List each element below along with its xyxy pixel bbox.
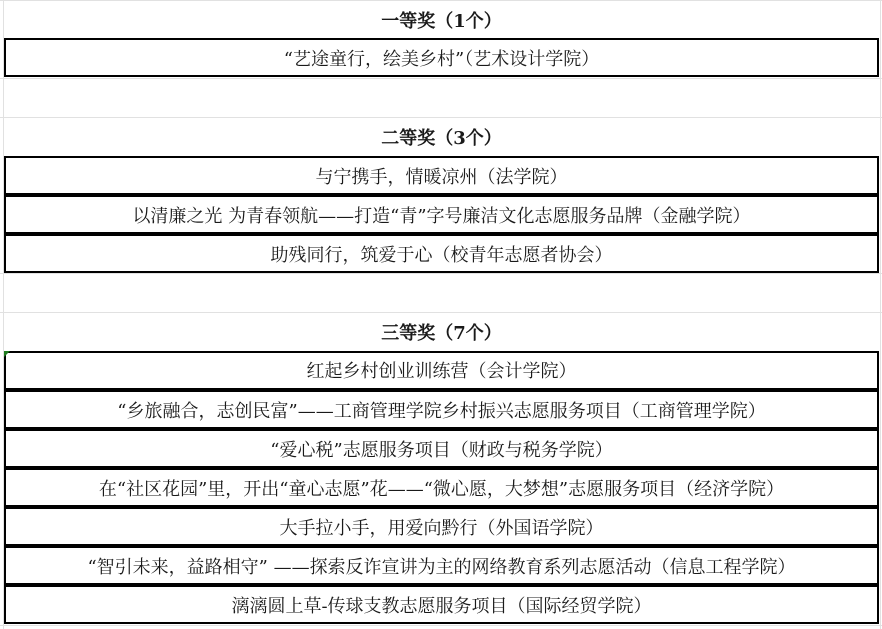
award-entry-text: “乡旅融合，志创民富”——工商管理学院乡村振兴志愿服务项目（工商管理学院） <box>117 397 765 423</box>
section-title-first-prize[interactable]: 一等奖（1个） <box>4 0 879 39</box>
award-entry-text: 与宁携手，情暖凉州（法学院） <box>316 163 568 189</box>
award-entry-text: “智引未来，益路相守” ——探索反诈宣讲为主的网络教育系列志愿活动（信息工程学院… <box>87 553 795 579</box>
award-entry-text: 在“社区花园”里，开出“童心志愿”花——“微心愿，大梦想”志愿服务项目（经济学院… <box>99 475 784 501</box>
gridline-row <box>0 78 882 79</box>
award-entry-text: 以清廉之光 为青春领航——打造“青”字号廉洁文化志愿服务品牌（金融学院） <box>132 202 750 228</box>
gridline-vertical-right <box>880 0 881 629</box>
section-title-third-prize[interactable]: 三等奖（7个） <box>4 312 879 351</box>
award-entry[interactable]: 在“社区花园”里，开出“童心志愿”花——“微心愿，大梦想”志愿服务项目（经济学院… <box>4 468 879 507</box>
gridline-row <box>0 625 882 626</box>
award-entry[interactable]: 与宁携手，情暖凉州（法学院） <box>4 156 879 195</box>
section-title-second-prize[interactable]: 二等奖（3个） <box>4 117 879 156</box>
section-title-text: 一等奖（1个） <box>381 7 502 33</box>
award-entry[interactable]: “艺途童行，绘美乡村”（艺术设计学院） <box>4 38 879 77</box>
award-entry-text: 助残同行，筑爱于心（校青年志愿者协会） <box>271 241 613 267</box>
award-entry-text: “爱心税”志愿服务项目（财政与税务学院） <box>270 436 612 462</box>
award-entry-text: “艺途童行，绘美乡村”（艺术设计学院） <box>284 45 599 71</box>
comment-indicator-icon[interactable] <box>4 351 10 357</box>
award-entry-text: 红起乡村创业训练营（会计学院） <box>307 357 577 383</box>
section-title-text: 三等奖（7个） <box>381 319 502 345</box>
award-entry[interactable]: “智引未来，益路相守” ——探索反诈宣讲为主的网络教育系列志愿活动（信息工程学院… <box>4 546 879 585</box>
award-entry[interactable]: 助残同行，筑爱于心（校青年志愿者协会） <box>4 234 879 273</box>
award-entry[interactable]: 漓漓圆上草-传球支教志愿服务项目（国际经贸学院） <box>4 585 879 624</box>
award-entry[interactable]: 大手拉小手，用爱向黔行（外国语学院） <box>4 507 879 546</box>
award-entry-text: 漓漓圆上草-传球支教志愿服务项目（国际经贸学院） <box>231 592 651 618</box>
award-entry[interactable]: 以清廉之光 为青春领航——打造“青”字号廉洁文化志愿服务品牌（金融学院） <box>4 195 879 234</box>
award-entry[interactable]: “乡旅融合，志创民富”——工商管理学院乡村振兴志愿服务项目（工商管理学院） <box>4 390 879 429</box>
section-title-text: 二等奖（3个） <box>381 124 502 150</box>
award-entry[interactable]: 红起乡村创业训练营（会计学院） <box>4 351 879 390</box>
gridline-row <box>0 273 882 274</box>
award-entry[interactable]: “爱心税”志愿服务项目（财政与税务学院） <box>4 429 879 468</box>
award-entry-text: 大手拉小手，用爱向黔行（外国语学院） <box>280 514 604 540</box>
